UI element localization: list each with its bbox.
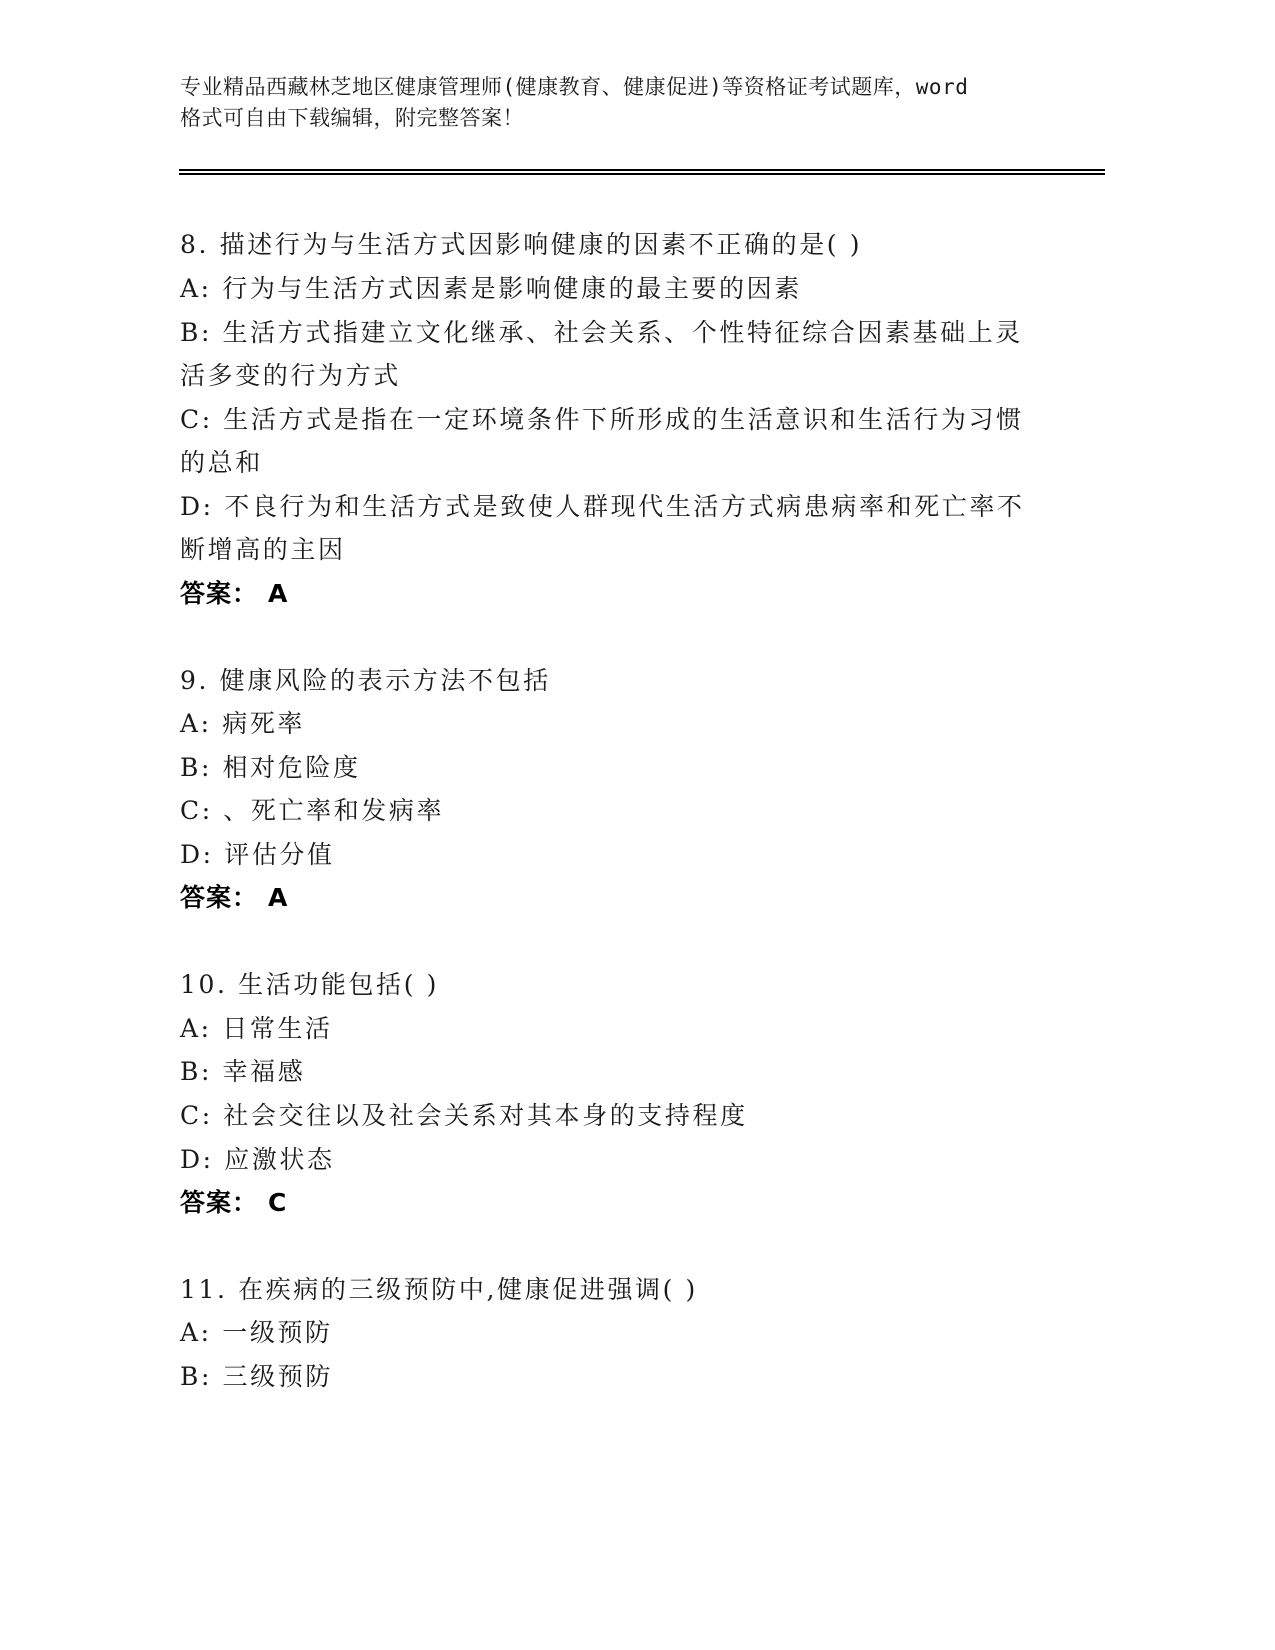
question-9-option-c: C: 、死亡率和发病率 — [180, 796, 444, 826]
document-page: 专业精品西藏林芝地区健康管理师(健康教育、健康促进)等资格证考试题库，word … — [0, 0, 1275, 1650]
question-9-answer: 答案：A — [180, 883, 287, 913]
question-8-option-c-cont: 的总和 — [180, 448, 263, 478]
question-10-stem: 10. 生活功能包括( ) — [180, 970, 439, 1000]
question-10-option-b: B: 幸福感 — [180, 1057, 305, 1087]
question-8-option-d-cont: 断增高的主因 — [180, 535, 346, 565]
header-line-1: 专业精品西藏林芝地区健康管理师(健康教育、健康促进)等资格证考试题库，word — [180, 72, 1050, 103]
question-11-option-a: A: 一级预防 — [180, 1318, 333, 1348]
question-10-option-c: C: 社会交往以及社会关系对其本身的支持程度 — [180, 1101, 748, 1131]
question-9-option-d: D: 评估分值 — [180, 840, 335, 870]
question-8-option-a: A: 行为与生活方式因素是影响健康的最主要的因素 — [180, 274, 802, 304]
question-8-stem: 8. 描述行为与生活方式因影响健康的因素不正确的是( ) — [180, 230, 862, 260]
question-11-option-b: B: 三级预防 — [180, 1362, 333, 1392]
answer-value: A — [268, 579, 287, 608]
question-8-option-b-cont: 活多变的行为方式 — [180, 361, 401, 391]
question-10-option-d: D: 应激状态 — [180, 1145, 335, 1175]
question-9-stem: 9. 健康风险的表示方法不包括 — [180, 666, 551, 696]
question-8-option-c: C: 生活方式是指在一定环境条件下所形成的生活意识和生活行为习惯 — [180, 405, 1024, 435]
question-10-option-a: A: 日常生活 — [180, 1014, 333, 1044]
document-header: 专业精品西藏林芝地区健康管理师(健康教育、健康促进)等资格证考试题库，word … — [180, 72, 1050, 134]
question-8-option-b: B: 生活方式指建立文化继承、社会关系、个性特征综合因素基础上灵 — [180, 318, 1023, 348]
question-8-answer: 答案：A — [180, 579, 287, 609]
answer-label: 答案： — [180, 579, 258, 608]
answer-value: A — [268, 883, 287, 912]
answer-label: 答案： — [180, 883, 258, 912]
question-9-option-a: A: 病死率 — [180, 709, 305, 739]
answer-value: C — [268, 1188, 286, 1217]
question-10-answer: 答案：C — [180, 1188, 286, 1218]
question-8-option-d: D: 不良行为和生活方式是致使人群现代生活方式病患病率和死亡率不 — [180, 492, 1025, 522]
question-9-option-b: B: 相对危险度 — [180, 753, 361, 783]
header-line-2: 格式可自由下载编辑，附完整答案！ — [180, 103, 1050, 134]
header-double-rule — [179, 169, 1105, 175]
answer-label: 答案： — [180, 1188, 258, 1217]
question-11-stem: 11. 在疾病的三级预防中,健康促进强调( ) — [180, 1275, 698, 1305]
